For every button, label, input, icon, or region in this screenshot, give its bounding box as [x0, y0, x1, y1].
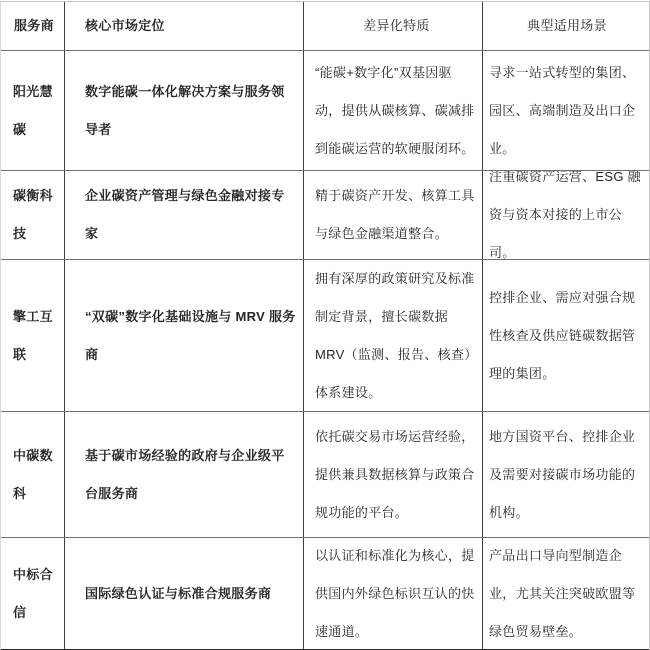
- scenarios-text: 寻求一站式转型的集团、园区、高端制造及出口企业。: [489, 54, 645, 168]
- scenarios-text: 地方国资平台、控排企业及需要对接碳市场功能的机构。: [489, 418, 645, 532]
- positioning-text: 基于碳市场经验的政府与企业级平台服务商: [85, 437, 297, 513]
- provider-name-cell: 碳衡科技: [1, 171, 65, 259]
- differentiation-cell: 拥有深厚的政策研究及标准制定背景，擅长碳数据 MRV（监测、报告、核查）体系建设…: [304, 260, 483, 411]
- header-scenarios-label: 典型适用场景: [527, 18, 607, 34]
- differentiation-text: 拥有深厚的政策研究及标准制定背景，擅长碳数据 MRV（监测、报告、核查）体系建设…: [315, 260, 478, 411]
- provider-name-cell: 擎工互联: [1, 260, 65, 411]
- positioning-text: 国际绿色认证与标准合规服务商: [85, 575, 271, 613]
- table-row: 阳光慧碳 数字能碳一体化解决方案与服务领导者 “能碳+数字化”双基因驱动，提供从…: [1, 51, 649, 171]
- document-page: 服务商 核心市场定位 差异化特质 典型适用场景 阳光慧碳 数字能碳一体化解决方案…: [0, 0, 650, 650]
- provider-name: 中碳数科: [13, 437, 64, 513]
- scenarios-cell: 产品出口导向型制造企业，尤其关注突破欧盟等绿色贸易壁垒。: [483, 538, 649, 649]
- provider-name: 擎工互联: [13, 298, 64, 374]
- positioning-text: 数字能碳一体化解决方案与服务领导者: [85, 73, 297, 149]
- header-positioning: 核心市场定位: [65, 2, 304, 50]
- header-scenarios: 典型适用场景: [483, 2, 649, 50]
- scenarios-cell: 控排企业、需应对强合规性核查及供应链碳数据管理的集团。: [483, 260, 649, 411]
- provider-name: 阳光慧碳: [13, 73, 64, 149]
- differentiation-text: 以认证和标准化为核心，提供国内外绿色标识互认的快速通道。: [315, 538, 478, 649]
- positioning-cell: 国际绿色认证与标准合规服务商: [65, 538, 304, 649]
- header-positioning-label: 核心市场定位: [85, 18, 165, 34]
- scenarios-text: 产品出口导向型制造企业，尤其关注突破欧盟等绿色贸易壁垒。: [489, 538, 645, 649]
- table-row: 碳衡科技 企业碳资产管理与绿色金融对接专家 精于碳资产开发、核算工具与绿色金融渠…: [1, 171, 649, 260]
- positioning-text: “双碳”数字化基础设施与 MRV 服务商: [85, 298, 297, 374]
- scenarios-text: 注重碳资产运营、ESG 融资与资本对接的上市公司。: [489, 171, 645, 259]
- provider-name: 碳衡科技: [13, 177, 64, 253]
- table-row: 中标合信 国际绿色认证与标准合规服务商 以认证和标准化为核心，提供国内外绿色标识…: [1, 538, 649, 649]
- differentiation-text: “能碳+数字化”双基因驱动，提供从碳核算、碳减排到能碳运营的软硬服闭环。: [315, 54, 478, 168]
- provider-name-cell: 中标合信: [1, 538, 65, 649]
- table-row: 擎工互联 “双碳”数字化基础设施与 MRV 服务商 拥有深厚的政策研究及标准制定…: [1, 260, 649, 412]
- table-header-row: 服务商 核心市场定位 差异化特质 典型适用场景: [1, 2, 649, 51]
- header-differentiation-label: 差异化特质: [363, 18, 430, 34]
- differentiation-text: 依托碳交易市场运营经验，提供兼具数据核算与政策合规功能的平台。: [315, 418, 478, 532]
- header-provider-label: 服务商: [14, 18, 54, 34]
- scenarios-text: 控排企业、需应对强合规性核查及供应链碳数据管理的集团。: [489, 279, 645, 393]
- positioning-cell: 数字能碳一体化解决方案与服务领导者: [65, 51, 304, 170]
- scenarios-cell: 地方国资平台、控排企业及需要对接碳市场功能的机构。: [483, 412, 649, 537]
- header-provider: 服务商: [1, 2, 65, 50]
- positioning-cell: “双碳”数字化基础设施与 MRV 服务商: [65, 260, 304, 411]
- provider-name-cell: 阳光慧碳: [1, 51, 65, 170]
- differentiation-cell: 精于碳资产开发、核算工具与绿色金融渠道整合。: [304, 171, 483, 259]
- differentiation-cell: 以认证和标准化为核心，提供国内外绿色标识互认的快速通道。: [304, 538, 483, 649]
- table-row: 中碳数科 基于碳市场经验的政府与企业级平台服务商 依托碳交易市场运营经验，提供兼…: [1, 412, 649, 538]
- scenarios-cell: 寻求一站式转型的集团、园区、高端制造及出口企业。: [483, 51, 649, 170]
- differentiation-text: 精于碳资产开发、核算工具与绿色金融渠道整合。: [315, 177, 478, 253]
- positioning-text: 企业碳资产管理与绿色金融对接专家: [85, 177, 297, 253]
- header-differentiation: 差异化特质: [304, 2, 483, 50]
- positioning-cell: 基于碳市场经验的政府与企业级平台服务商: [65, 412, 304, 537]
- differentiation-cell: “能碳+数字化”双基因驱动，提供从碳核算、碳减排到能碳运营的软硬服闭环。: [304, 51, 483, 170]
- positioning-cell: 企业碳资产管理与绿色金融对接专家: [65, 171, 304, 259]
- provider-name-cell: 中碳数科: [1, 412, 65, 537]
- provider-name: 中标合信: [13, 556, 64, 632]
- differentiation-cell: 依托碳交易市场运营经验，提供兼具数据核算与政策合规功能的平台。: [304, 412, 483, 537]
- scenarios-cell: 注重碳资产运营、ESG 融资与资本对接的上市公司。: [483, 171, 649, 259]
- provider-comparison-table: 服务商 核心市场定位 差异化特质 典型适用场景 阳光慧碳 数字能碳一体化解决方案…: [0, 1, 650, 650]
